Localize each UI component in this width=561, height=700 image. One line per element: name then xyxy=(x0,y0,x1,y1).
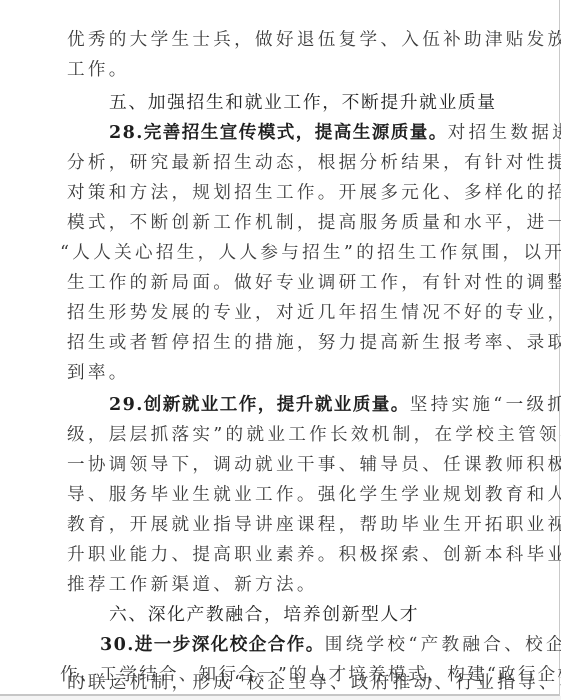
body-line-5: 分析，研究最新招生动态，根据分析结果，有针对性提出新的 xyxy=(67,152,487,174)
body-line-23: 的联运机制，形成“校企主导、政府推动、行业指导、校企双 xyxy=(67,672,487,694)
body-line-17: 教育，开展就业指导讲座课程，帮助毕业生开拓职业视野、提 xyxy=(67,514,487,536)
body-line-10: 招生形势发展的专业，对近几年招生情况不好的专业，采取不 xyxy=(67,302,487,324)
body-line-2: 工作。 xyxy=(67,59,487,81)
body-line-18: 升职业能力、提高职业素养。积极探索、创新本科毕业生就业 xyxy=(67,544,487,566)
item-28-text: 对招生数据进行 xyxy=(448,123,561,143)
item-28-line: 28.完善招生宣传模式，提高生源质量。对招生数据进行 xyxy=(109,122,487,144)
item-30-text: 围绕学校“产教融合、校企合 xyxy=(325,635,561,655)
body-line-11: 招生或者暂停招生的措施，努力提高新生报考率、录取率和报 xyxy=(67,332,487,354)
body-line-7: 模式，不断创新工作机制，提高服务质量和水平，进一步营造 xyxy=(67,212,487,234)
document-page: 优秀的大学生士兵，做好退伍复学、入伍补助津贴发放等服务 工作。 五、加强招生和就… xyxy=(0,0,560,696)
body-line-8: “人人关心招生，人人参与招生”的招生工作氛围，以开创招 xyxy=(60,242,480,264)
item-29-line: 29.创新就业工作，提升就业质量。坚持实施“一级抓一 xyxy=(109,394,487,416)
body-line-19: 推荐工作新渠道、新方法。 xyxy=(67,574,487,596)
item-29-text: 坚持实施“一级抓一 xyxy=(410,395,561,415)
body-line-9: 生工作的新局面。做好专业调研工作，有针对性的调整不适应 xyxy=(67,272,487,294)
body-line-6: 对策和方法，规划招生工作。开展多元化、多样化的招生宣传 xyxy=(67,182,487,204)
item-30-title: 30.进一步深化校企合作。 xyxy=(100,634,325,655)
section-heading-6: 六、深化产教融合，培养创新型人才 xyxy=(109,604,487,626)
section-heading-5: 五、加强招生和就业工作，不断提升就业质量 xyxy=(109,92,487,114)
body-line-1: 优秀的大学生士兵，做好退伍复学、入伍补助津贴发放等服务 xyxy=(67,29,487,51)
page-bottom-edge xyxy=(0,696,561,700)
body-line-16: 导、服务毕业生就业工作。强化学生学业规划教育和人生规划 xyxy=(67,484,487,506)
body-line-15: 一协调领导下，调动就业干事、辅导员、任课教师积极参与指 xyxy=(67,454,487,476)
item-28-title: 28.完善招生宣传模式，提高生源质量。 xyxy=(109,122,448,143)
item-30-line: 30.进一步深化校企合作。围绕学校“产教融合、校企合 xyxy=(100,634,478,656)
item-29-title: 29.创新就业工作，提升就业质量。 xyxy=(109,394,410,415)
body-line-14: 级，层层抓落实”的就业工作长效机制，在学校主管领导的统 xyxy=(67,424,487,446)
body-line-12: 到率。 xyxy=(67,362,487,384)
